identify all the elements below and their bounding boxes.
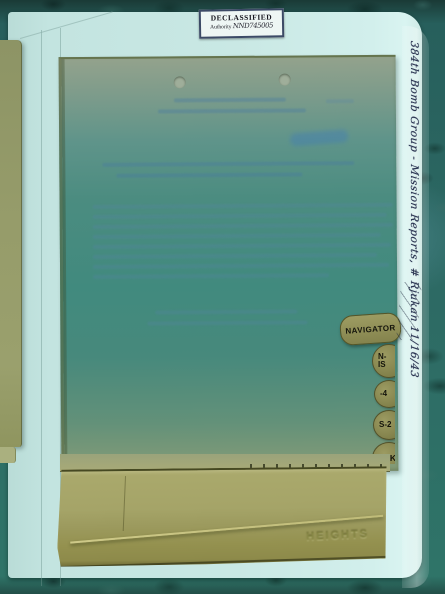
- embossed-text: HEIGHTS: [306, 528, 369, 543]
- archival-photo: NAVIGATOR N- IS -4 S-2 LAK HEIGHTS DECLA…: [0, 0, 445, 594]
- tab-label: S-2: [379, 421, 391, 429]
- manila-envelope: HEIGHTS: [57, 466, 388, 566]
- divider-tab: -4: [374, 380, 395, 408]
- folder-crease: [41, 30, 42, 586]
- divider-tab: S-2: [373, 410, 395, 440]
- handwritten-spine-note: 384th Bomb Group - Mission Reports, # Rj…: [110, 0, 420, 379]
- underlying-folder-edge: [0, 40, 22, 447]
- table-surface-bottom: [0, 576, 445, 594]
- underlying-folder-stub: [0, 447, 16, 463]
- tab-label: -4: [380, 390, 387, 398]
- folder-corner-seam: [20, 12, 113, 39]
- envelope-crease: [123, 476, 126, 531]
